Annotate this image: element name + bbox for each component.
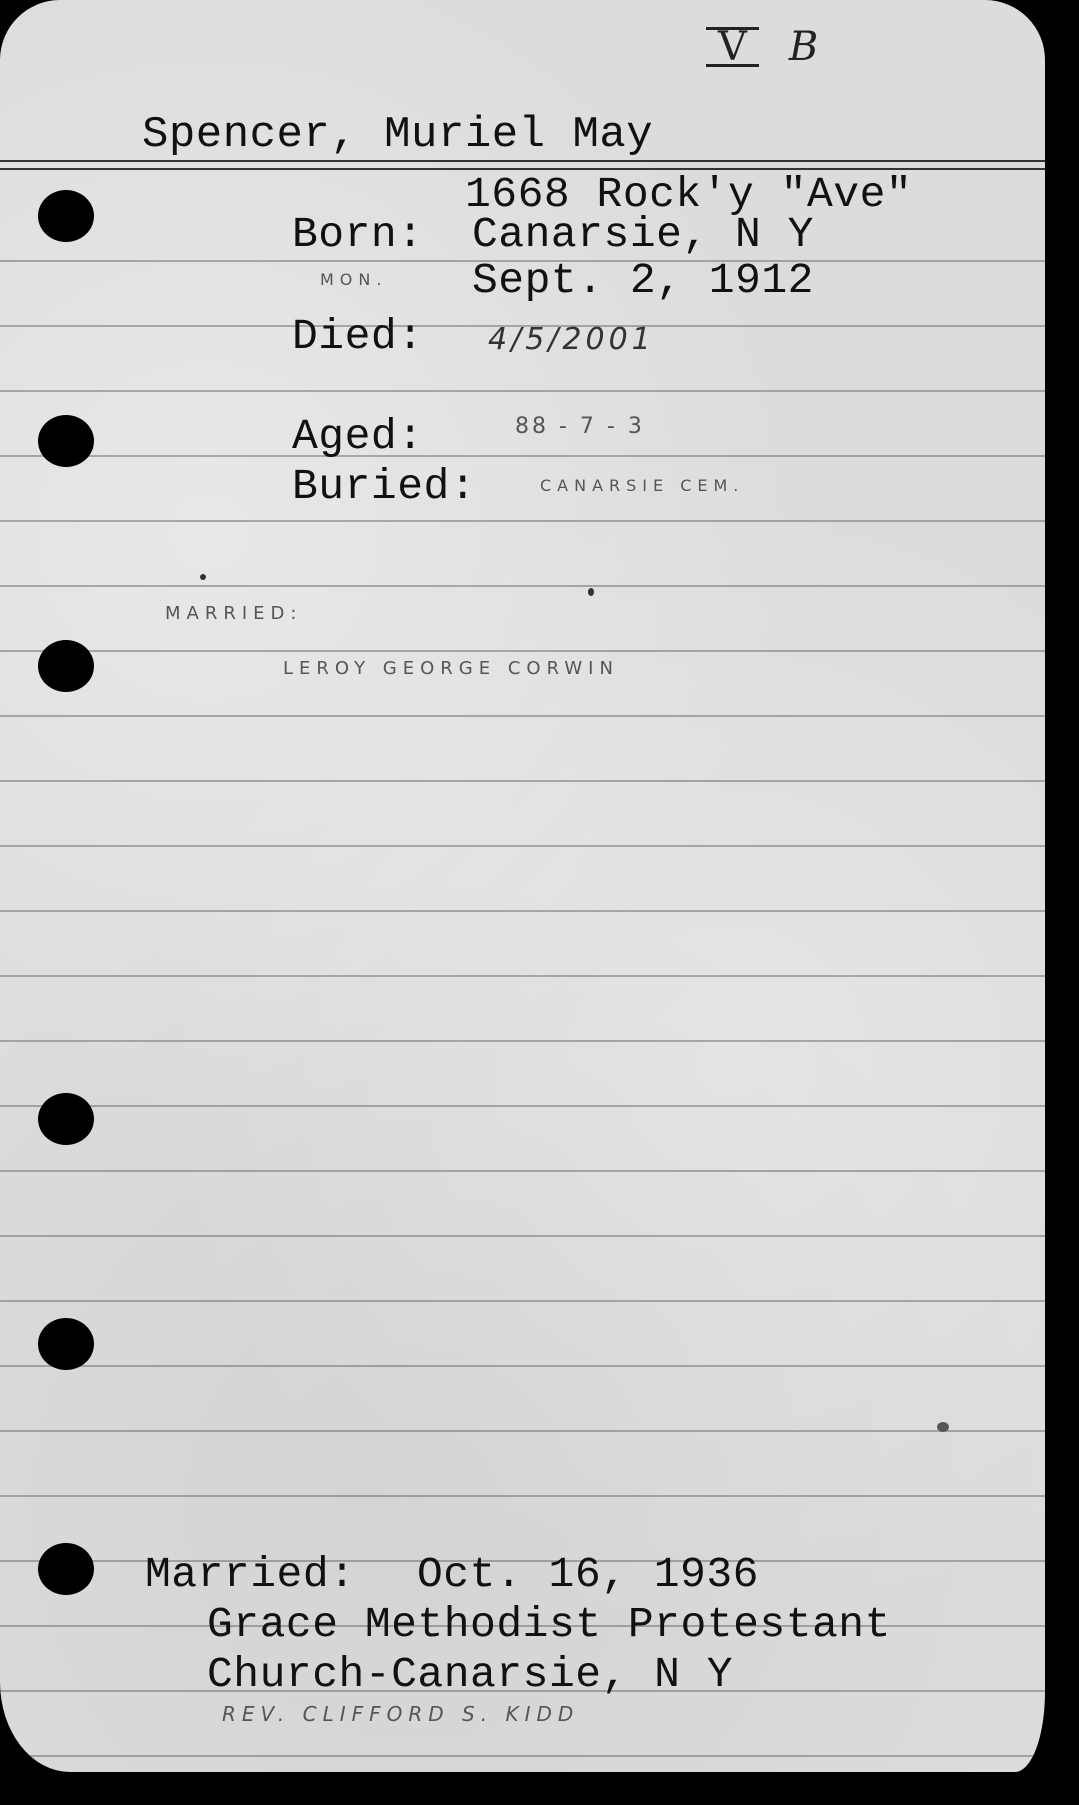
ink-speck — [588, 588, 594, 596]
ink-speck — [937, 1422, 949, 1432]
ruled-line — [0, 585, 1045, 587]
born-day-note: MON. — [320, 270, 387, 289]
binder-hole — [38, 1543, 94, 1595]
binder-hole — [38, 1318, 94, 1370]
marriage-date: Oct. 16, 1936 — [417, 1550, 759, 1599]
binder-hole — [38, 190, 94, 242]
record-card: VB Spencer, Muriel May 1668 Rock'y "Ave"… — [0, 0, 1045, 1772]
ruled-line — [0, 845, 1045, 847]
ruled-line — [0, 1235, 1045, 1237]
born-date: Sept. 2, 1912 — [472, 256, 814, 305]
buried-label: Buried: — [292, 462, 476, 511]
married-note-spouse: LEROY GEORGE CORWIN — [283, 658, 619, 679]
died-label: Died: — [292, 312, 424, 361]
ruled-line — [0, 1105, 1045, 1107]
index-mark: VB — [706, 24, 818, 70]
binder-hole — [38, 1093, 94, 1145]
aged-label: Aged: — [292, 412, 424, 461]
ruled-line — [0, 520, 1045, 522]
index-numeral: V — [706, 27, 759, 67]
index-letter: B — [789, 24, 818, 70]
binder-hole — [38, 415, 94, 467]
ruled-line — [0, 975, 1045, 977]
marriage-officiant: REV. CLIFFORD S. KIDD — [222, 1702, 579, 1726]
born-place: Canarsie, N Y — [472, 210, 814, 259]
ruled-line — [0, 650, 1045, 652]
header-rule-top — [0, 160, 1045, 162]
ruled-line — [0, 715, 1045, 717]
marriage-church-line1: Grace Methodist Protestant — [207, 1600, 891, 1649]
ruled-line — [0, 910, 1045, 912]
marriage-label: Married: — [145, 1550, 355, 1599]
aged-value: 88 - 7 - 3 — [515, 414, 645, 439]
ruled-line — [0, 1495, 1045, 1497]
ruled-line — [0, 1170, 1045, 1172]
buried-value: CANARSIE CEM. — [540, 476, 744, 495]
ruled-line — [0, 455, 1045, 457]
binder-hole — [38, 640, 94, 692]
born-label: Born: — [292, 210, 424, 259]
marriage-church-line2: Church-Canarsie, N Y — [207, 1650, 733, 1699]
married-note-label: MARRIED: — [165, 603, 302, 624]
person-name: Spencer, Muriel May — [142, 110, 653, 160]
ruled-line — [0, 1430, 1045, 1432]
ruled-line — [0, 390, 1045, 392]
ruled-line — [0, 1365, 1045, 1367]
ruled-line — [0, 780, 1045, 782]
ruled-line — [0, 1040, 1045, 1042]
died-value: 4/5/2001 — [488, 322, 655, 357]
ruled-line — [0, 1755, 1045, 1757]
ink-speck — [200, 574, 206, 580]
ruled-line — [0, 1300, 1045, 1302]
